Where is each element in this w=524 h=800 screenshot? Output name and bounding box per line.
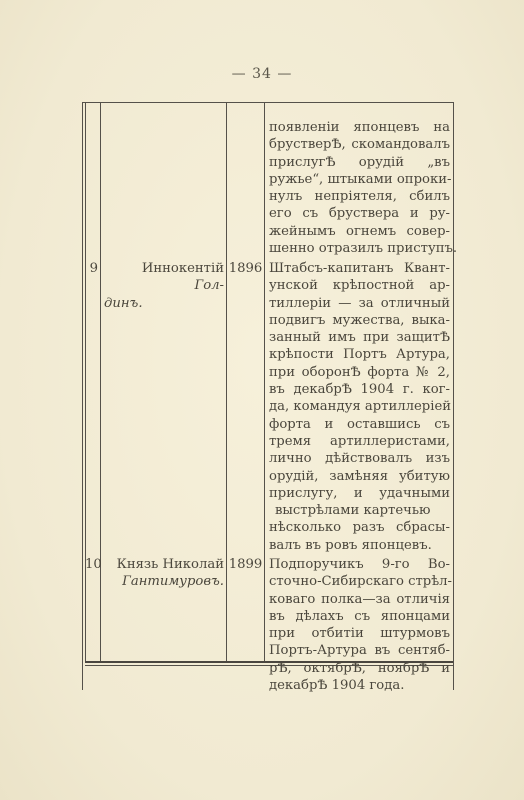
column-divider-name [226, 102, 227, 662]
text-line: рѢ, октябрѢ, ноябрѢ и [269, 660, 450, 677]
text-line: декабрѢ 1904 года. [269, 677, 450, 694]
text-line: унской крѣпостной ар- [269, 277, 450, 294]
award-description: Подпоручикъ 9-го Во- сточно-Сибирскаго с… [269, 556, 450, 694]
name-line: Князь Николай [102, 556, 224, 573]
text-line: коваго полка—за отличія [269, 591, 450, 608]
table-left-border-inner [85, 102, 86, 662]
text-line: при отбитіи штурмовъ [269, 625, 450, 642]
text-line: появленіи японцевъ на [269, 119, 450, 136]
text-line: Штабсъ-капитанъ Квант- [269, 260, 450, 277]
continuation-description: появленіи японцевъ на брустверѢ, скоманд… [269, 119, 450, 257]
text-line: жейнымъ огнемъ совер- [269, 223, 450, 240]
text-line: Портъ-Артура въ сентяб- [269, 642, 450, 659]
text-line: валъ въ ровъ японцевъ. [269, 537, 450, 554]
year: 1896 [227, 260, 264, 277]
text-line: при оборонѢ форта № 2, [269, 364, 450, 381]
text-line: въ декабрѢ 1904 г. ког- [269, 381, 450, 398]
column-divider-number [100, 102, 101, 662]
text-line: да, командуя артиллеріей [269, 398, 450, 415]
text-line: крѣпости Портъ Артура, [269, 346, 450, 363]
text-line: въ дѣлахъ съ японцами [269, 608, 450, 625]
text-line: подвигъ мужества, выка- [269, 312, 450, 329]
text-line: занный имъ при защитѢ [269, 329, 450, 346]
awards-table: появленіи японцевъ на брустверѢ, скоманд… [82, 102, 453, 690]
text-line: нулъ непріятеля, сбилъ [269, 188, 450, 205]
table-right-border [453, 102, 454, 690]
text-line: прислугѢ орудій „въ [269, 154, 450, 171]
text-line: лично дѣйствовалъ изъ [269, 450, 450, 467]
text-line: форта и оставшись съ [269, 416, 450, 433]
text-line: шенно отразилъ приступъ. [269, 240, 450, 257]
table-top-rule [82, 102, 453, 103]
text-line: тремя артиллеристами, [269, 433, 450, 450]
table-left-border [82, 102, 83, 690]
text-line: Подпоручикъ 9-го Во- [269, 556, 450, 573]
text-line: прислугу, и удачными [269, 485, 450, 502]
award-description: Штабсъ-капитанъ Квант- унской крѣпостной… [269, 260, 450, 554]
row-number: 10 [85, 556, 99, 573]
text-line: нѣсколько разъ сбрасы- [269, 519, 450, 536]
text-line: брустверѢ, скомандовалъ [269, 136, 450, 153]
text-line: ружье“, штыками опроки- [269, 171, 450, 188]
page-number: — 34 — [0, 66, 524, 82]
row-number: 9 [85, 260, 98, 277]
text-line: выстрѣлами картечью [269, 502, 450, 519]
name-line: динъ. [102, 295, 224, 312]
book-page: — 34 — появленіи японцевъ на брустверѢ, … [0, 0, 524, 800]
text-line: тиллеріи — за отличный [269, 295, 450, 312]
text-line: орудій, замѣняя убитую [269, 468, 450, 485]
text-line: его съ бруствера и ру- [269, 205, 450, 222]
recipient-name: Иннокентій Гол- динъ. [102, 260, 224, 312]
year: 1899 [227, 556, 264, 573]
column-divider-year [264, 102, 265, 662]
name-line: Иннокентій Гол- [102, 260, 224, 295]
name-line: Гантимуровъ. [102, 573, 224, 590]
recipient-name: Князь Николай Гантимуровъ. [102, 556, 224, 591]
text-line: сточно-Сибирскаго стрѣл- [269, 573, 450, 590]
